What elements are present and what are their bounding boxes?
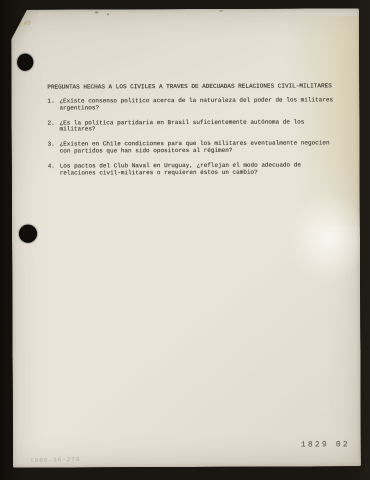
question-text: Los pactos del Club Naval en Uruguay, ¿r… — [60, 162, 338, 176]
paper-speck — [107, 13, 109, 15]
question-number: 2. — [47, 120, 59, 133]
archive-stamp: 1829 02 — [301, 440, 350, 449]
document-title: PREGUNTAS HECHAS A LOS CIVILES A TRAVES … — [47, 82, 331, 90]
question-number: 1. — [47, 99, 59, 112]
question-item: 2. ¿Es la política partidaria en Brasil … — [47, 119, 341, 133]
document-page: no 49 PREGUNTAS HECHAS A LOS CIVILES A T… — [11, 8, 361, 468]
question-number: 4. — [48, 164, 60, 177]
hole-punch-top — [17, 54, 33, 71]
scan-frame: no 49 PREGUNTAS HECHAS A LOS CIVILES A T… — [0, 0, 370, 480]
question-text: ¿Existen en Chile condiciones para que l… — [60, 141, 338, 155]
question-text: ¿Es la política partidaria en Brasil suf… — [59, 119, 337, 133]
question-number: 3. — [48, 142, 60, 155]
question-list: 1. ¿Existe consenso político acerca de l… — [47, 97, 341, 185]
question-item: 3. ¿Existen en Chile condiciones para qu… — [48, 141, 342, 155]
question-item: 1. ¿Existe consenso político acerca de l… — [47, 97, 341, 111]
corner-fold — [11, 10, 39, 50]
question-text: ¿Existe consenso político acerca de la n… — [59, 97, 337, 111]
pencil-note: 1986-36-278 — [30, 456, 81, 464]
hole-punch-bottom — [19, 225, 37, 243]
paper-speck — [219, 10, 223, 12]
paper-speck — [95, 11, 98, 13]
question-item: 4. Los pactos del Club Naval en Uruguay,… — [48, 162, 342, 176]
paper-stain-middle-right — [288, 191, 368, 283]
